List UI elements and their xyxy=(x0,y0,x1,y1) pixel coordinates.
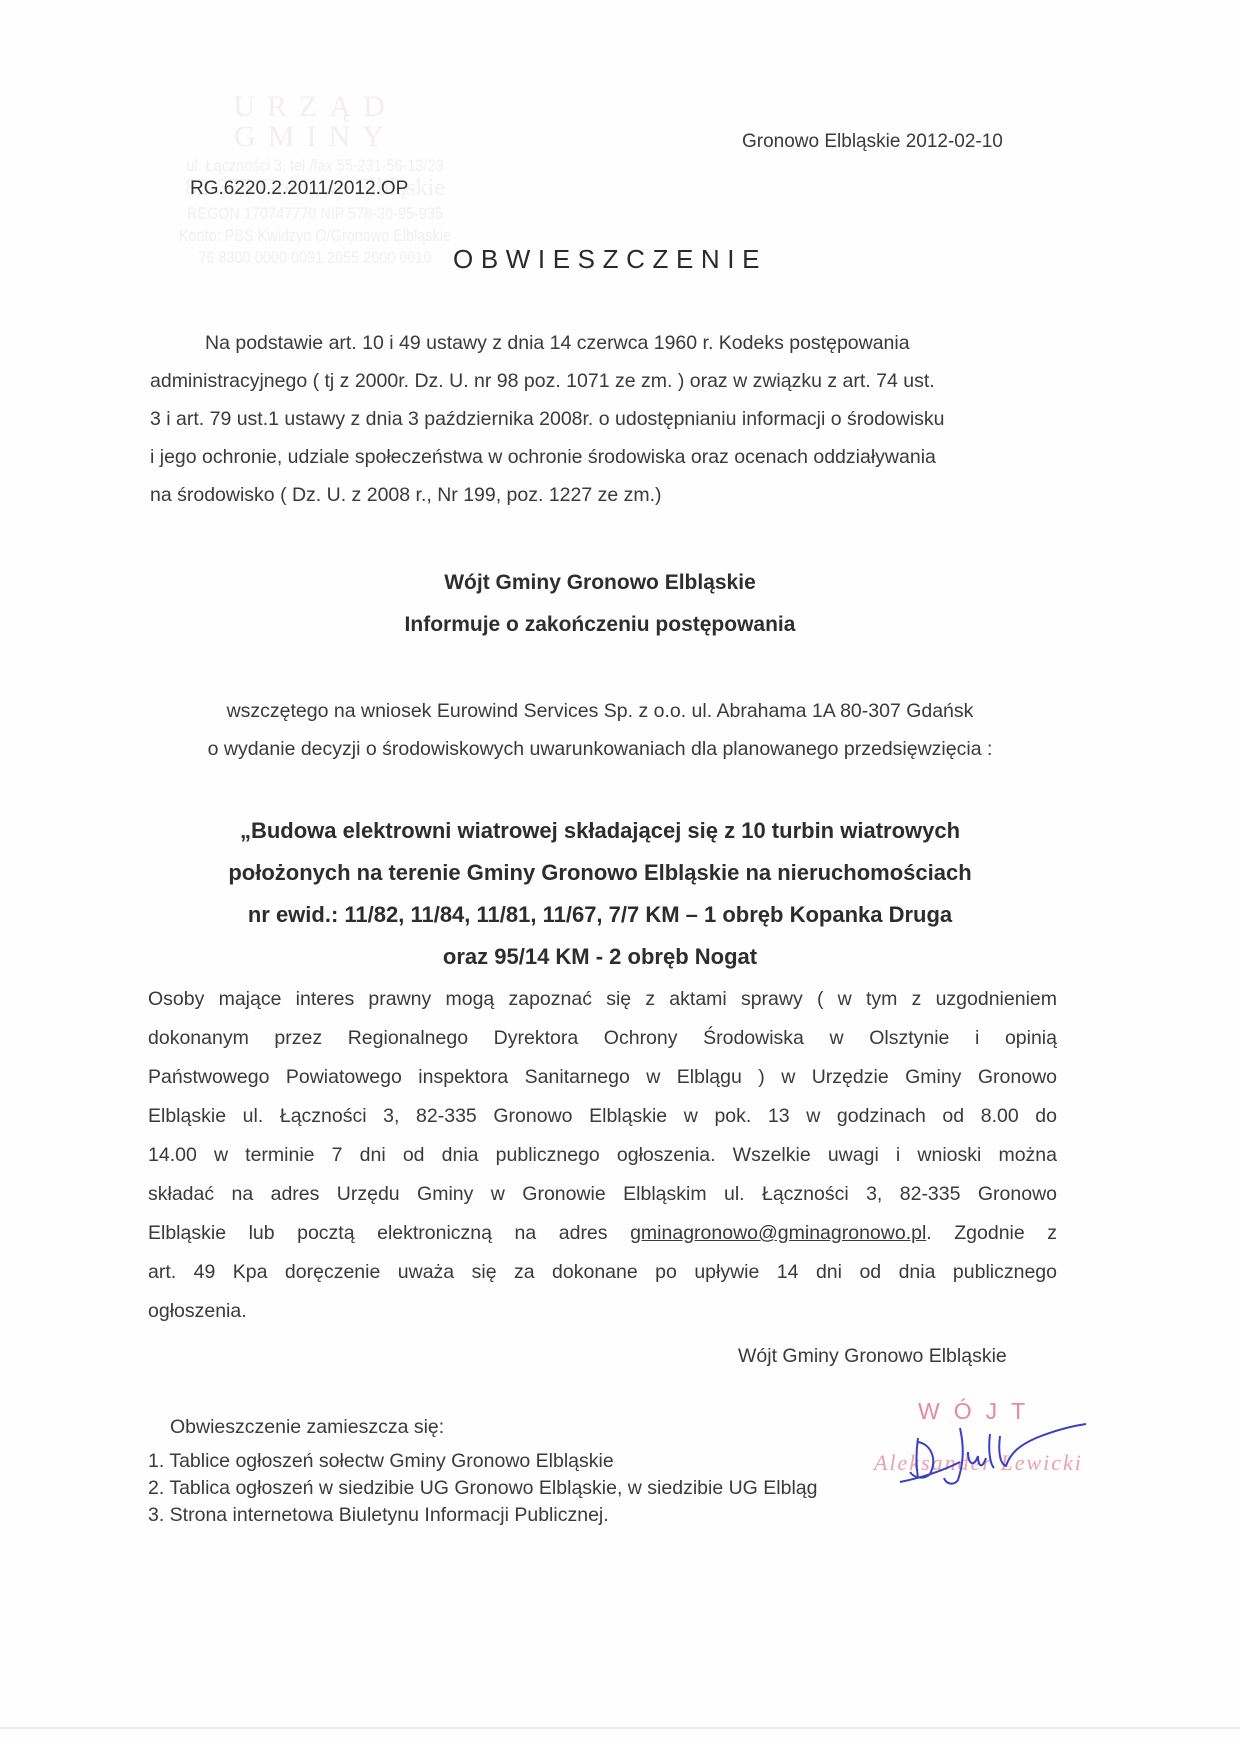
project-parcels-line: nr ewid.: 11/82, 11/84, 11/81, 11/67, 7/… xyxy=(0,902,1240,928)
notice-email-prefix: Elbląskie lub pocztą elektroniczną na ad… xyxy=(148,1222,630,1244)
letterhead-bank: Konto: PBS Kwidzyn O/Gronowo Elbląskie xyxy=(175,227,456,244)
notice-line: dokonanym przez Regionalnego Dyrektora O… xyxy=(148,1027,1057,1050)
informs-heading: Informuje o zakończeniu postępowania xyxy=(0,613,1240,637)
legal-basis-line: 3 i art. 79 ust.1 ustawy z dnia 3 paździ… xyxy=(150,408,945,431)
legal-basis-line: na środowisko ( Dz. U. z 2008 r., Nr 199… xyxy=(150,484,662,507)
place-date: Gronowo Elbląskie 2012-02-10 xyxy=(742,131,1003,153)
email-link[interactable]: gminagronowo@gminagronowo.pl xyxy=(630,1222,926,1244)
letterhead-account: 76 8300 0000 0091 2055 2000 0010 xyxy=(175,249,456,266)
distribution-item: 2. Tablica ogłoszeń w siedzibie UG Grono… xyxy=(148,1477,817,1500)
notice-line: 14.00 w terminie 7 dni od dnia publiczne… xyxy=(148,1144,1057,1167)
letterhead-title: URZĄD GMINY xyxy=(150,92,480,152)
notice-line: ogłoszenia. xyxy=(148,1300,1057,1323)
letterhead-regon: REGON 170747770 NIP 578-30-95-935 xyxy=(175,205,456,222)
project-title-line: położonych na terenie Gminy Gronowo Elbl… xyxy=(0,860,1240,886)
notice-line: Elbląskie ul. Łączności 3, 82-335 Gronow… xyxy=(148,1105,1057,1128)
signatory: Wójt Gminy Gronowo Elbląskie xyxy=(738,1345,1007,1368)
scan-edge-line xyxy=(0,1727,1240,1729)
legal-basis-line: Na podstawie art. 10 i 49 ustawy z dnia … xyxy=(205,332,910,355)
notice-email-line: Elbląskie lub pocztą elektroniczną na ad… xyxy=(148,1222,1057,1245)
authority-heading: Wójt Gminy Gronowo Elbląskie xyxy=(0,571,1240,595)
distribution-item: 3. Strona internetowa Biuletynu Informac… xyxy=(148,1504,609,1527)
notice-line: Państwowego Powiatowego inspektora Sanit… xyxy=(148,1066,1057,1089)
proceeding-line: o wydanie decyzji o środowiskowych uwaru… xyxy=(0,738,1240,761)
proceeding-line: wszczętego na wniosek Eurowind Services … xyxy=(0,700,1240,723)
letterhead-address: ul. Łączności 3, tel./fax 55-231-56-13/2… xyxy=(175,157,456,174)
distribution-heading: Obwieszczenie zamieszcza się: xyxy=(170,1416,444,1439)
notice-line: składać na adres Urzędu Gminy w Gronowie… xyxy=(148,1183,1057,1206)
notice-line: art. 49 Kpa doręczenie uważa się za doko… xyxy=(148,1261,1057,1284)
document-title: OBWIESZCZENIE xyxy=(453,244,767,275)
distribution-item: 1. Tablice ogłoszeń sołectw Gminy Gronow… xyxy=(148,1450,614,1473)
notice-line: Osoby mające interes prawny mogą zapozna… xyxy=(148,988,1057,1011)
project-parcels-line: oraz 95/14 KM - 2 obręb Nogat xyxy=(0,944,1240,970)
notice-email-suffix: . Zgodnie z xyxy=(926,1222,1057,1244)
reference-number: RG.6220.2.2011/2012.OP xyxy=(190,178,408,200)
project-title-line: „Budowa elektrowni wiatrowej składającej… xyxy=(0,818,1240,844)
handwritten-signature-icon xyxy=(860,1398,1100,1488)
legal-basis-line: administracyjnego ( tj z 2000r. Dz. U. n… xyxy=(150,370,935,393)
signature-stamp: WÓJT Aleksander Lewicki xyxy=(860,1398,1100,1488)
legal-basis-line: i jego ochronie, udziale społeczeństwa w… xyxy=(150,446,936,469)
